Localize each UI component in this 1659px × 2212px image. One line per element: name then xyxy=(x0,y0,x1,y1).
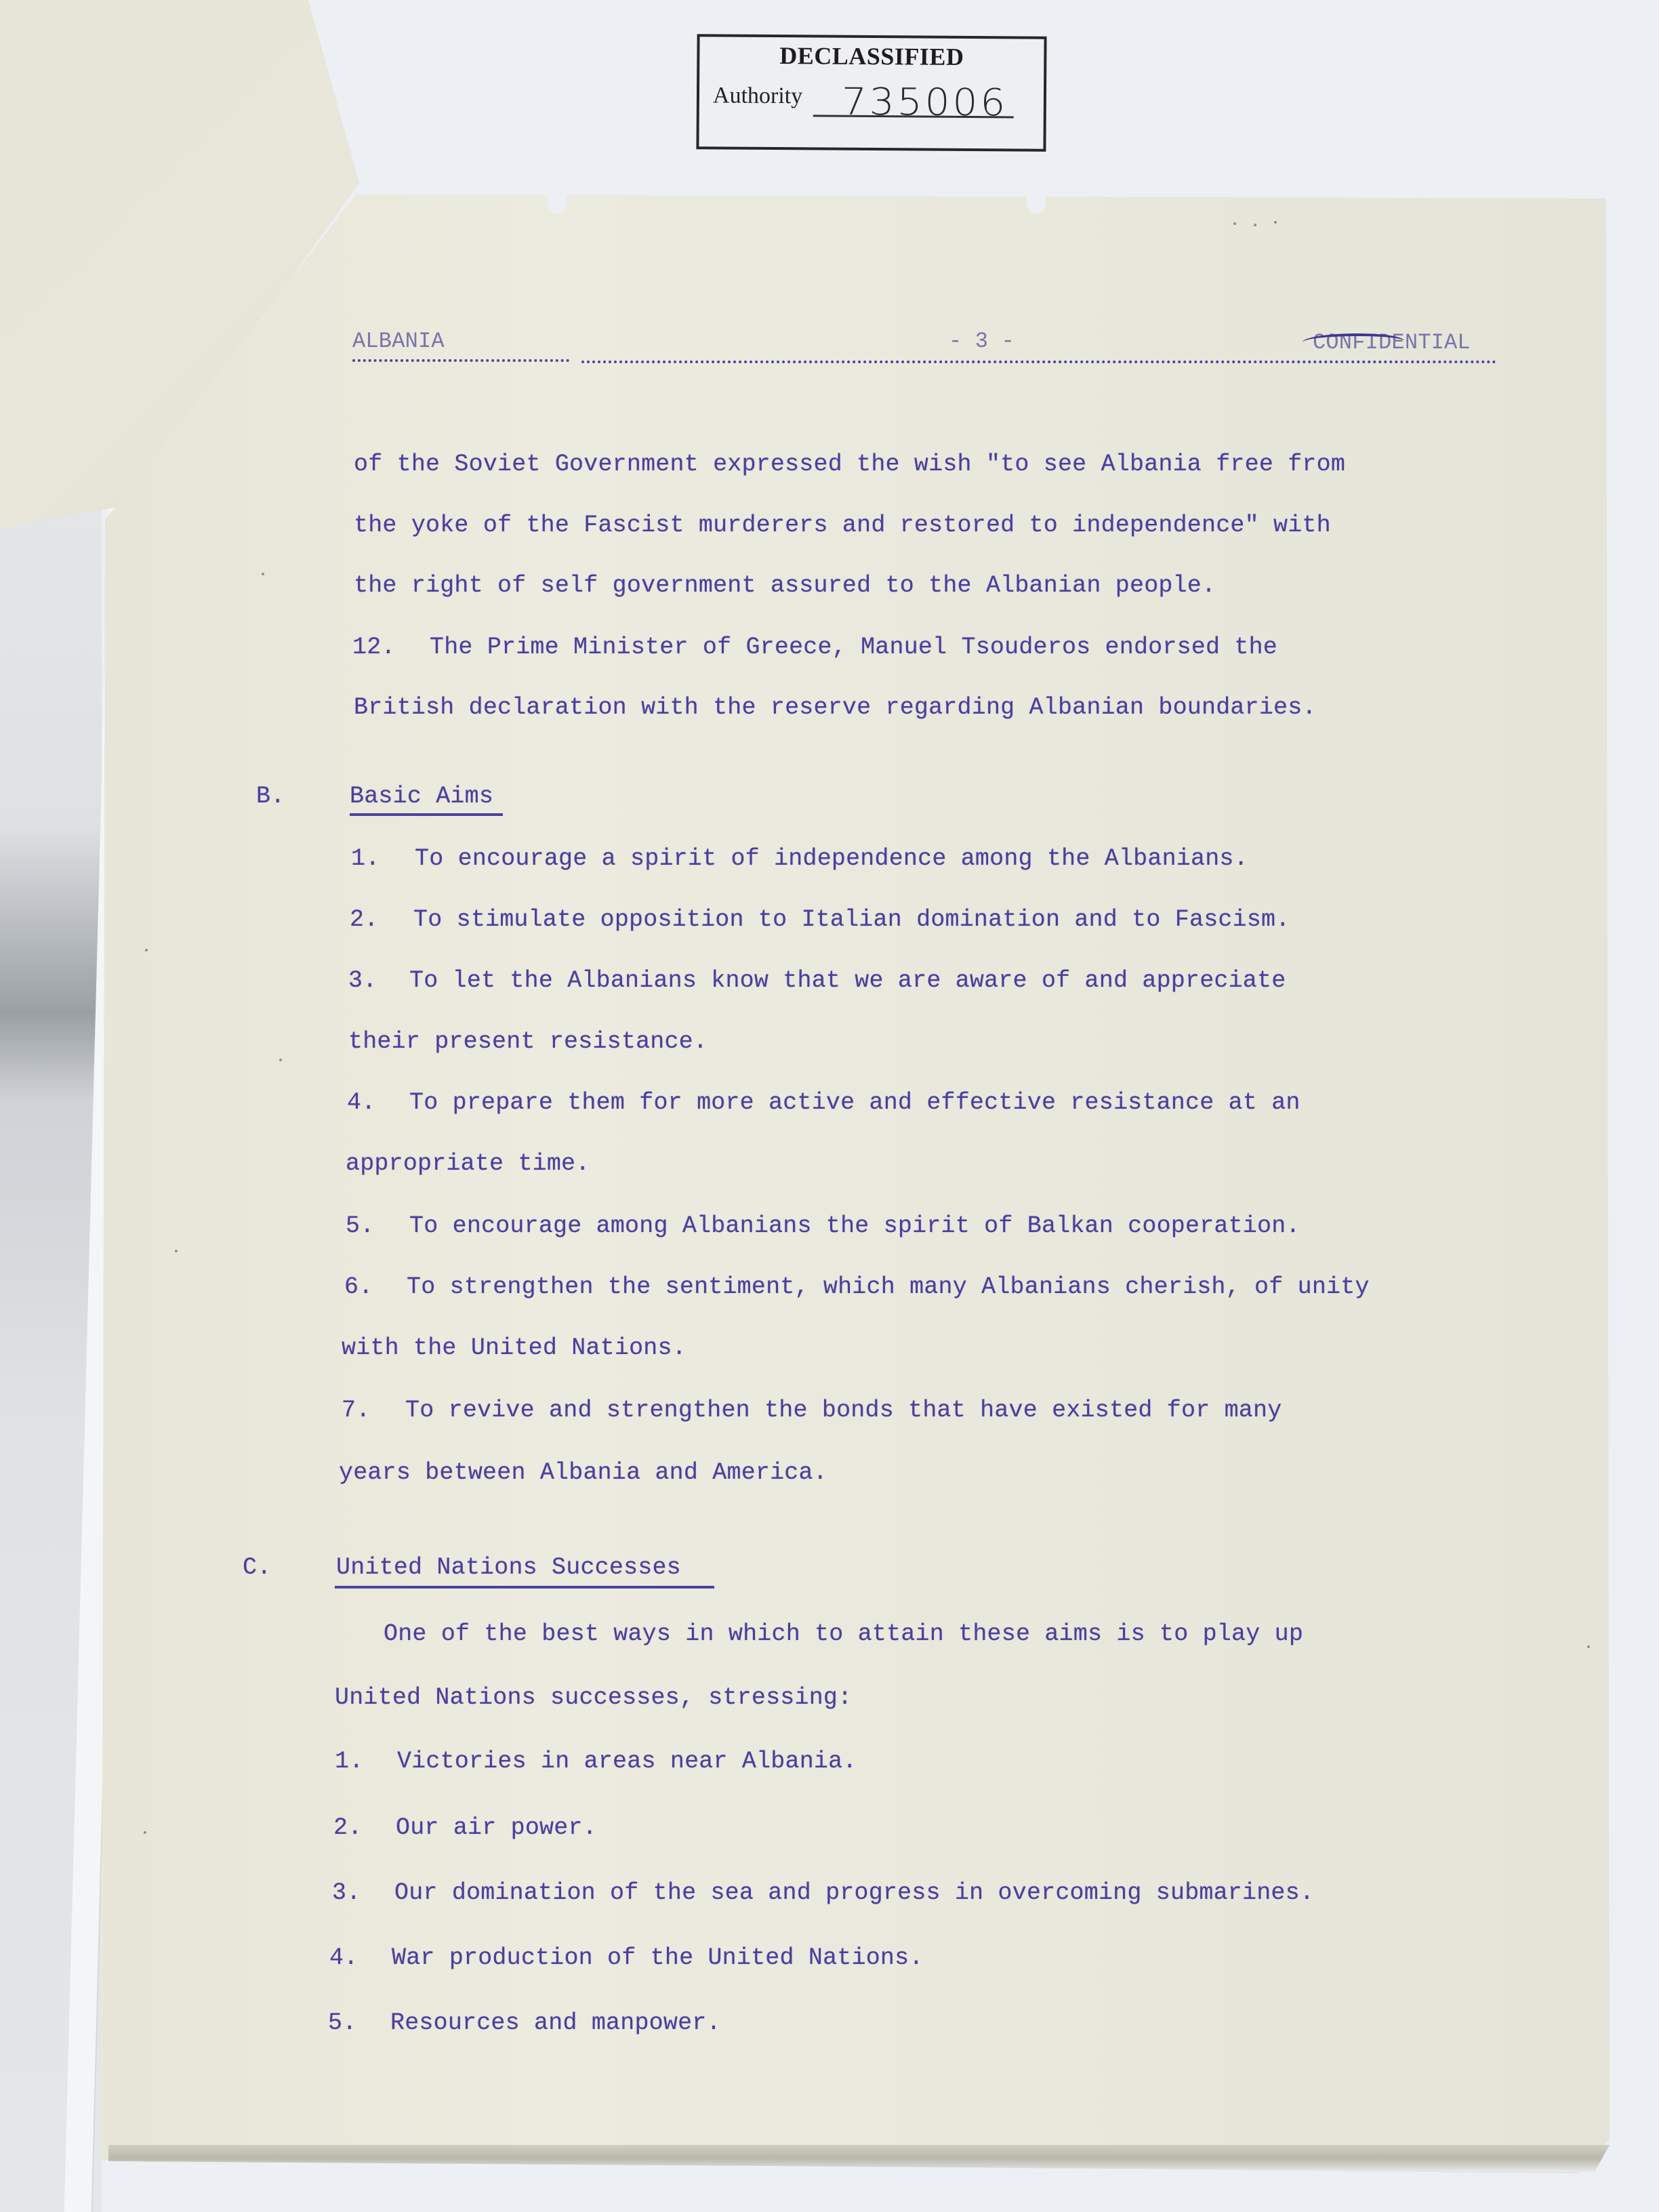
body-line: British declaration with the reserve reg… xyxy=(354,696,1317,720)
paper-speck xyxy=(1233,222,1236,225)
list-item-number: 2. xyxy=(350,908,378,932)
paper-speck xyxy=(175,1250,178,1252)
page-stack-edge xyxy=(108,2145,1610,2172)
header-country: ALBANIA xyxy=(352,331,445,352)
paper-speck xyxy=(1254,224,1256,226)
stamp-authority-label: Authority xyxy=(713,83,802,109)
header-rule-left xyxy=(352,359,569,362)
list-item-text: To let the Albanians know that we are aw… xyxy=(409,969,1286,993)
header-page-number: - 3 - xyxy=(949,331,1015,352)
list-item-number: 6. xyxy=(344,1275,373,1299)
paper-speck xyxy=(1274,221,1277,224)
list-item-number: 4. xyxy=(329,1946,358,1970)
classification-strikethrough xyxy=(1303,333,1404,350)
list-item-text: War production of the United Nations. xyxy=(392,1946,924,1970)
page-notch xyxy=(1027,193,1046,213)
section-letter: B. xyxy=(256,785,285,808)
stamp-title: DECLASSIFIED xyxy=(699,41,1044,72)
list-item-text: Victories in areas near Albania. xyxy=(397,1750,857,1774)
list-item-text: Our domination of the sea and progress i… xyxy=(394,1881,1314,1905)
body-line: United Nations successes, stressing: xyxy=(335,1686,852,1710)
paragraph-number: 12. xyxy=(352,636,396,659)
list-item-number: 1. xyxy=(351,847,380,871)
header-rule-right xyxy=(581,361,1496,363)
paper-speck xyxy=(262,573,264,575)
list-item-number: 2. xyxy=(333,1816,362,1840)
section-letter: C. xyxy=(243,1556,271,1580)
declassified-stamp: DECLASSIFIED Authority 735006 xyxy=(696,34,1046,152)
list-item-number: 5. xyxy=(346,1214,374,1238)
list-item-text: years between Albania and America. xyxy=(339,1461,827,1485)
paper-speck xyxy=(145,949,148,951)
list-item-text: To encourage among Albanians the spirit … xyxy=(409,1214,1300,1238)
list-item-text: To encourage a spirit of independence am… xyxy=(415,847,1248,871)
body-line: of the Soviet Government expressed the w… xyxy=(354,453,1345,476)
list-item-number: 5. xyxy=(328,2011,356,2035)
list-item-text: with the United Nations. xyxy=(342,1336,687,1360)
body-line: The Prime Minister of Greece, Manuel Tso… xyxy=(430,636,1277,659)
list-item-text: To prepare them for more active and effe… xyxy=(409,1091,1300,1115)
paper-speck xyxy=(144,1831,146,1834)
list-item-text: To strengthen the sentiment, which many … xyxy=(407,1275,1370,1299)
body-line: One of the best ways in which to attain … xyxy=(384,1622,1303,1646)
body-line: the right of self government assured to … xyxy=(354,574,1216,598)
list-item-text: Resources and manpower. xyxy=(390,2011,721,2035)
stamp-authority-value: 735006 xyxy=(842,79,1008,124)
body-line: the yoke of the Fascist murderers and re… xyxy=(354,514,1331,537)
section-title-underline xyxy=(335,1586,714,1589)
list-item-text: their present resistance. xyxy=(348,1030,708,1054)
bleed-through-text xyxy=(30,3,228,241)
list-item-text: To revive and strengthen the bonds that … xyxy=(405,1399,1282,1422)
document-page xyxy=(102,194,1610,2173)
section-title-underline xyxy=(350,813,503,816)
list-item-text: appropriate time. xyxy=(346,1152,590,1176)
list-item-number: 3. xyxy=(332,1881,361,1905)
list-item-number: 7. xyxy=(342,1399,370,1422)
list-item-number: 1. xyxy=(335,1750,363,1774)
paper-speck xyxy=(279,1059,282,1061)
list-item-text: Our air power. xyxy=(396,1816,597,1840)
page-notch xyxy=(548,193,567,213)
list-item-text: To stimulate opposition to Italian domin… xyxy=(413,908,1290,932)
paper-speck xyxy=(1587,1645,1590,1648)
list-item-number: 3. xyxy=(348,969,377,993)
list-item-number: 4. xyxy=(347,1091,375,1115)
section-title: United Nations Successes xyxy=(336,1556,681,1580)
section-title: Basic Aims xyxy=(350,785,493,808)
